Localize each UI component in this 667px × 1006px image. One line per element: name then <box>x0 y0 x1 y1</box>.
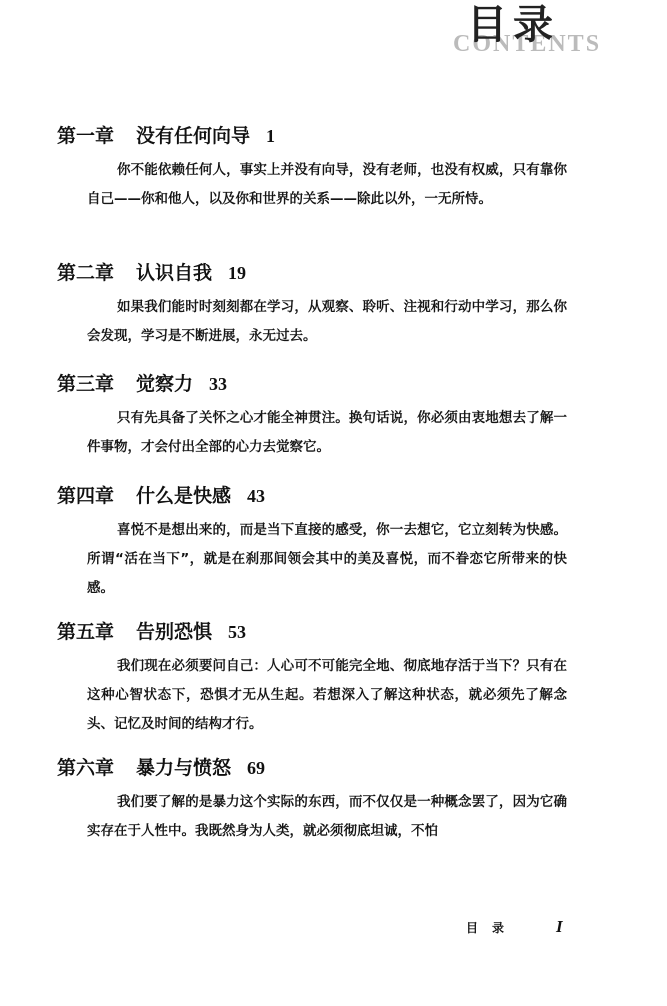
chapter-page-number: 69 <box>247 758 265 778</box>
page-footer: 目录 I <box>466 917 576 941</box>
chapter-summary: 喜悦不是想出来的，而是当下直接的感受，你一去想它，它立刻转为快感。所谓“活在当下… <box>87 516 567 603</box>
chapter-entry-4: 第四章什么是快感43 喜悦不是想出来的，而是当下直接的感受，你一去想它，它立刻转… <box>57 484 577 603</box>
chapter-entry-5: 第五章告别恐惧53 我们现在必须要问自己：人心可不可能完全地、彻底地存活于当下？… <box>57 620 577 739</box>
chapter-heading[interactable]: 第五章告别恐惧53 <box>57 620 577 644</box>
chapter-heading[interactable]: 第二章认识自我19 <box>57 261 577 285</box>
chapter-summary: 如果我们能时时刻刻都在学习，从观察、聆听、注视和行动中学习，那么你会发现，学习是… <box>87 293 567 351</box>
chapter-heading[interactable]: 第三章觉察力33 <box>57 372 577 396</box>
running-header-label: 目录 <box>466 919 518 936</box>
chapter-entry-2: 第二章认识自我19 如果我们能时时刻刻都在学习，从观察、聆听、注视和行动中学习，… <box>57 261 577 351</box>
chapter-page-number: 53 <box>228 622 246 642</box>
chapter-title: 认识自我 <box>136 262 212 284</box>
chapter-page-number: 43 <box>247 486 265 506</box>
title-chinese: 目录 <box>467 2 559 48</box>
chapter-heading[interactable]: 第六章暴力与愤怒69 <box>57 756 577 780</box>
chapter-entry-6: 第六章暴力与愤怒69 我们要了解的是暴力这个实际的东西，而不仅仅是一种概念罢了，… <box>57 756 577 846</box>
chapter-number: 第一章 <box>57 125 114 147</box>
chapter-summary: 我们要了解的是暴力这个实际的东西，而不仅仅是一种概念罢了，因为它确实存在于人性中… <box>87 788 567 846</box>
chapter-page-number: 19 <box>228 263 246 283</box>
chapter-title: 没有任何向导 <box>136 125 250 147</box>
chapter-summary: 只有先具备了关怀之心才能全神贯注。换句话说，你必须由衷地想去了解一件事物，才会付… <box>87 404 567 462</box>
page-title: 目录 CONTENTS <box>453 2 583 62</box>
chapter-number: 第五章 <box>57 621 114 643</box>
chapter-summary: 你不能依赖任何人，事实上并没有向导，没有老师，也没有权威，只有靠你自己——你和他… <box>87 156 567 214</box>
chapter-title: 暴力与愤怒 <box>136 757 231 779</box>
chapter-heading[interactable]: 第一章没有任何向导1 <box>57 124 577 148</box>
chapter-title: 什么是快感 <box>136 485 231 507</box>
chapter-title: 觉察力 <box>136 373 193 395</box>
folio-page-number: I <box>556 917 563 937</box>
chapter-page-number: 1 <box>266 126 275 146</box>
chapter-number: 第三章 <box>57 373 114 395</box>
chapter-entry-1: 第一章没有任何向导1 你不能依赖任何人，事实上并没有向导，没有老师，也没有权威，… <box>57 124 577 214</box>
chapter-heading[interactable]: 第四章什么是快感43 <box>57 484 577 508</box>
chapter-number: 第六章 <box>57 757 114 779</box>
chapter-entry-3: 第三章觉察力33 只有先具备了关怀之心才能全神贯注。换句话说，你必须由衷地想去了… <box>57 372 577 462</box>
chapter-page-number: 33 <box>209 374 227 394</box>
chapter-number: 第二章 <box>57 262 114 284</box>
chapter-summary: 我们现在必须要问自己：人心可不可能完全地、彻底地存活于当下？只有在这种心智状态下… <box>87 652 567 739</box>
contents-page: 目录 CONTENTS 第一章没有任何向导1 你不能依赖任何人，事实上并没有向导… <box>0 0 667 1006</box>
chapter-title: 告别恐惧 <box>136 621 212 643</box>
chapter-number: 第四章 <box>57 485 114 507</box>
